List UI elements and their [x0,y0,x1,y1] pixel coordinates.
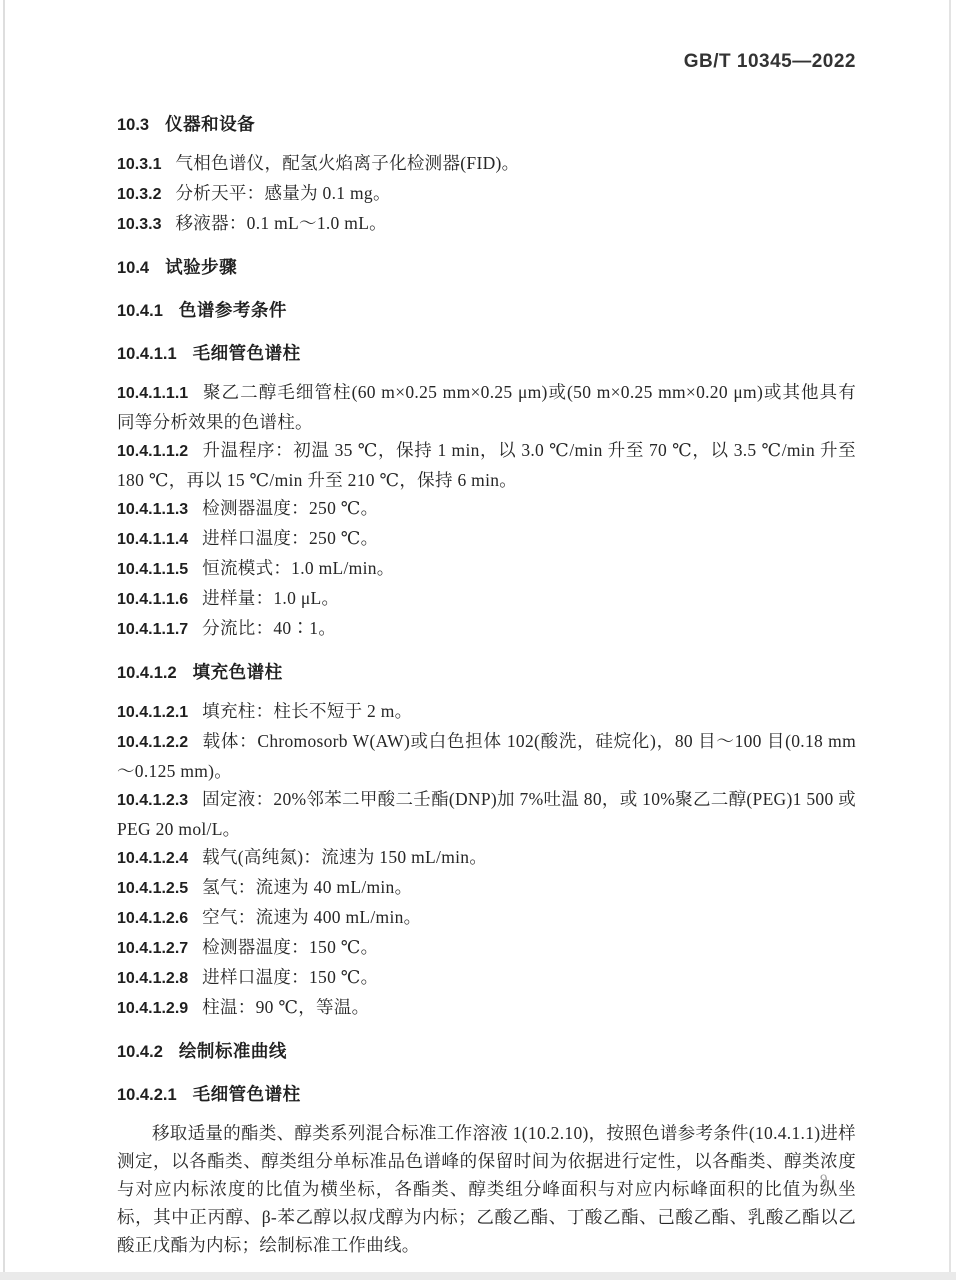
clause-text: 空气：流速为 400 mL/min。 [202,907,421,927]
clause-number: 10.4.1.2.2 [117,734,188,751]
clause-text: 分流比：40∶1。 [202,618,336,638]
clause-10-4-1-1-1: 10.4.1.1.1聚乙二醇毛细管柱(60 m×0.25 mm×0.25 μm)… [117,378,856,436]
clause-text: 填充柱：柱长不短于 2 m。 [202,701,412,721]
clause-number: 10.4.1.2.7 [117,940,188,957]
clause-10-4-1-1-2: 10.4.1.1.2升温程序：初温 35 ℃，保持 1 min，以 3.0 ℃/… [117,436,856,494]
section-number: 10.4.2 [117,1043,163,1061]
clause-number: 10.4.1.1.7 [117,621,188,638]
document-content: GB/T 10345—2022 10.3仪器和设备 10.3.1气相色谱仪，配氢… [117,50,856,1259]
clause-text: 检测器温度：250 ℃。 [202,498,378,518]
section-number: 10.3 [117,116,149,134]
section-heading-10-4-1-1: 10.4.1.1毛细管色谱柱 [117,339,856,368]
clause-number: 10.4.1.1.4 [117,531,188,548]
clause-10-4-1-1-4: 10.4.1.1.4进样口温度：250 ℃。 [117,524,856,554]
clause-text: 氢气：流速为 40 mL/min。 [202,877,412,897]
page-left-edge [3,0,5,1272]
clause-text: 移液器：0.1 mL～1.0 mL。 [175,213,387,233]
section-heading-10-4: 10.4试验步骤 [117,253,856,282]
clause-text: 聚乙二醇毛细管柱(60 m×0.25 mm×0.25 μm)或(50 m×0.2… [117,382,856,432]
clause-text: 载体：Chromosorb W(AW)或白色担体 102(酸洗，硅烷化)，80 … [117,731,856,781]
clause-number: 10.4.1.2.4 [117,850,188,867]
section-heading-10-3: 10.3仪器和设备 [117,110,856,139]
section-number: 10.4 [117,259,149,277]
document-page: GB/T 10345—2022 10.3仪器和设备 10.3.1气相色谱仪，配氢… [0,0,956,1280]
clause-number: 10.4.1.2.5 [117,880,188,897]
clause-10-4-1-2-7: 10.4.1.2.7检测器温度：150 ℃。 [117,933,856,963]
clause-number: 10.4.1.2.6 [117,910,188,927]
clause-10-4-1-2-1: 10.4.1.2.1填充柱：柱长不短于 2 m。 [117,697,856,727]
clause-10-4-1-1-3: 10.4.1.1.3检测器温度：250 ℃。 [117,494,856,524]
clause-number: 10.3.3 [117,216,161,233]
clause-10-3-3: 10.3.3移液器：0.1 mL～1.0 mL。 [117,209,856,239]
clause-10-4-1-2-9: 10.4.1.2.9柱温：90 ℃，等温。 [117,993,856,1023]
clause-text: 分析天平：感量为 0.1 mg。 [175,183,390,203]
clause-10-3-1: 10.3.1气相色谱仪，配氢火焰离子化检测器(FID)。 [117,149,856,179]
clause-number: 10.4.1.2.3 [117,792,188,809]
clause-number: 10.3.2 [117,186,161,203]
clause-10-4-1-2-4: 10.4.1.2.4载气(高纯氮)：流速为 150 mL/min。 [117,843,856,873]
clause-10-4-1-1-6: 10.4.1.1.6进样量：1.0 μL。 [117,584,856,614]
clause-number: 10.4.1.2.9 [117,1000,188,1017]
clause-10-4-1-1-5: 10.4.1.1.5恒流模式：1.0 mL/min。 [117,554,856,584]
section-number: 10.4.1 [117,302,163,320]
clause-10-4-1-2-5: 10.4.1.2.5氢气：流速为 40 mL/min。 [117,873,856,903]
clause-10-4-1-2-8: 10.4.1.2.8进样口温度：150 ℃。 [117,963,856,993]
section-number: 10.4.1.2 [117,664,177,682]
section-number: 10.4.2.1 [117,1086,177,1104]
clause-text: 检测器温度：150 ℃。 [202,937,378,957]
clause-text: 进样口温度：150 ℃。 [202,967,378,987]
section-heading-10-4-2: 10.4.2绘制标准曲线 [117,1037,856,1066]
clause-number: 10.4.1.1.6 [117,591,188,608]
clause-number: 10.4.1.2.8 [117,970,188,987]
clause-number: 10.4.1.1.3 [117,501,188,518]
section-title: 毛细管色谱柱 [193,1084,301,1104]
section-title: 试验步骤 [165,257,237,277]
section-title: 色谱参考条件 [179,300,287,320]
page-bottom-edge [0,1272,956,1280]
page-number: 9 [820,1172,828,1189]
clause-text: 恒流模式：1.0 mL/min。 [202,558,394,578]
section-number: 10.4.1.1 [117,345,177,363]
section-heading-10-4-1: 10.4.1色谱参考条件 [117,296,856,325]
body-paragraph: 移取适量的酯类、醇类系列混合标准工作溶液 1(10.2.10)，按照色谱参考条件… [117,1119,856,1259]
section-heading-10-4-2-1: 10.4.2.1毛细管色谱柱 [117,1080,856,1109]
clause-text: 进样量：1.0 μL。 [202,588,339,608]
clause-text: 升温程序：初温 35 ℃，保持 1 min，以 3.0 ℃/min 升至 70 … [117,440,856,490]
clause-text: 进样口温度：250 ℃。 [202,528,378,548]
clause-text: 气相色谱仪，配氢火焰离子化检测器(FID)。 [175,153,519,173]
clause-number: 10.4.1.1.1 [117,385,188,402]
clause-number: 10.4.1.1.2 [117,443,188,460]
clause-text: 柱温：90 ℃，等温。 [202,997,369,1017]
clause-number: 10.4.1.2.1 [117,704,188,721]
section-title: 绘制标准曲线 [179,1041,287,1061]
clause-number: 10.4.1.1.5 [117,561,188,578]
standard-number-header: GB/T 10345—2022 [117,50,856,74]
section-title: 仪器和设备 [165,114,255,134]
section-heading-10-4-1-2: 10.4.1.2填充色谱柱 [117,658,856,687]
clause-10-3-2: 10.3.2分析天平：感量为 0.1 mg。 [117,179,856,209]
clause-10-4-1-2-6: 10.4.1.2.6空气：流速为 400 mL/min。 [117,903,856,933]
clause-text: 固定液：20%邻苯二甲酸二壬酯(DNP)加 7%吐温 80，或 10%聚乙二醇(… [117,789,856,839]
section-title: 填充色谱柱 [193,662,283,682]
clause-text: 载气(高纯氮)：流速为 150 mL/min。 [202,847,487,867]
page-right-edge [949,0,951,1272]
section-title: 毛细管色谱柱 [193,343,301,363]
clause-10-4-1-2-2: 10.4.1.2.2载体：Chromosorb W(AW)或白色担体 102(酸… [117,727,856,785]
clause-10-4-1-1-7: 10.4.1.1.7分流比：40∶1。 [117,614,856,644]
clause-number: 10.3.1 [117,156,161,173]
clause-10-4-1-2-3: 10.4.1.2.3固定液：20%邻苯二甲酸二壬酯(DNP)加 7%吐温 80，… [117,785,856,843]
